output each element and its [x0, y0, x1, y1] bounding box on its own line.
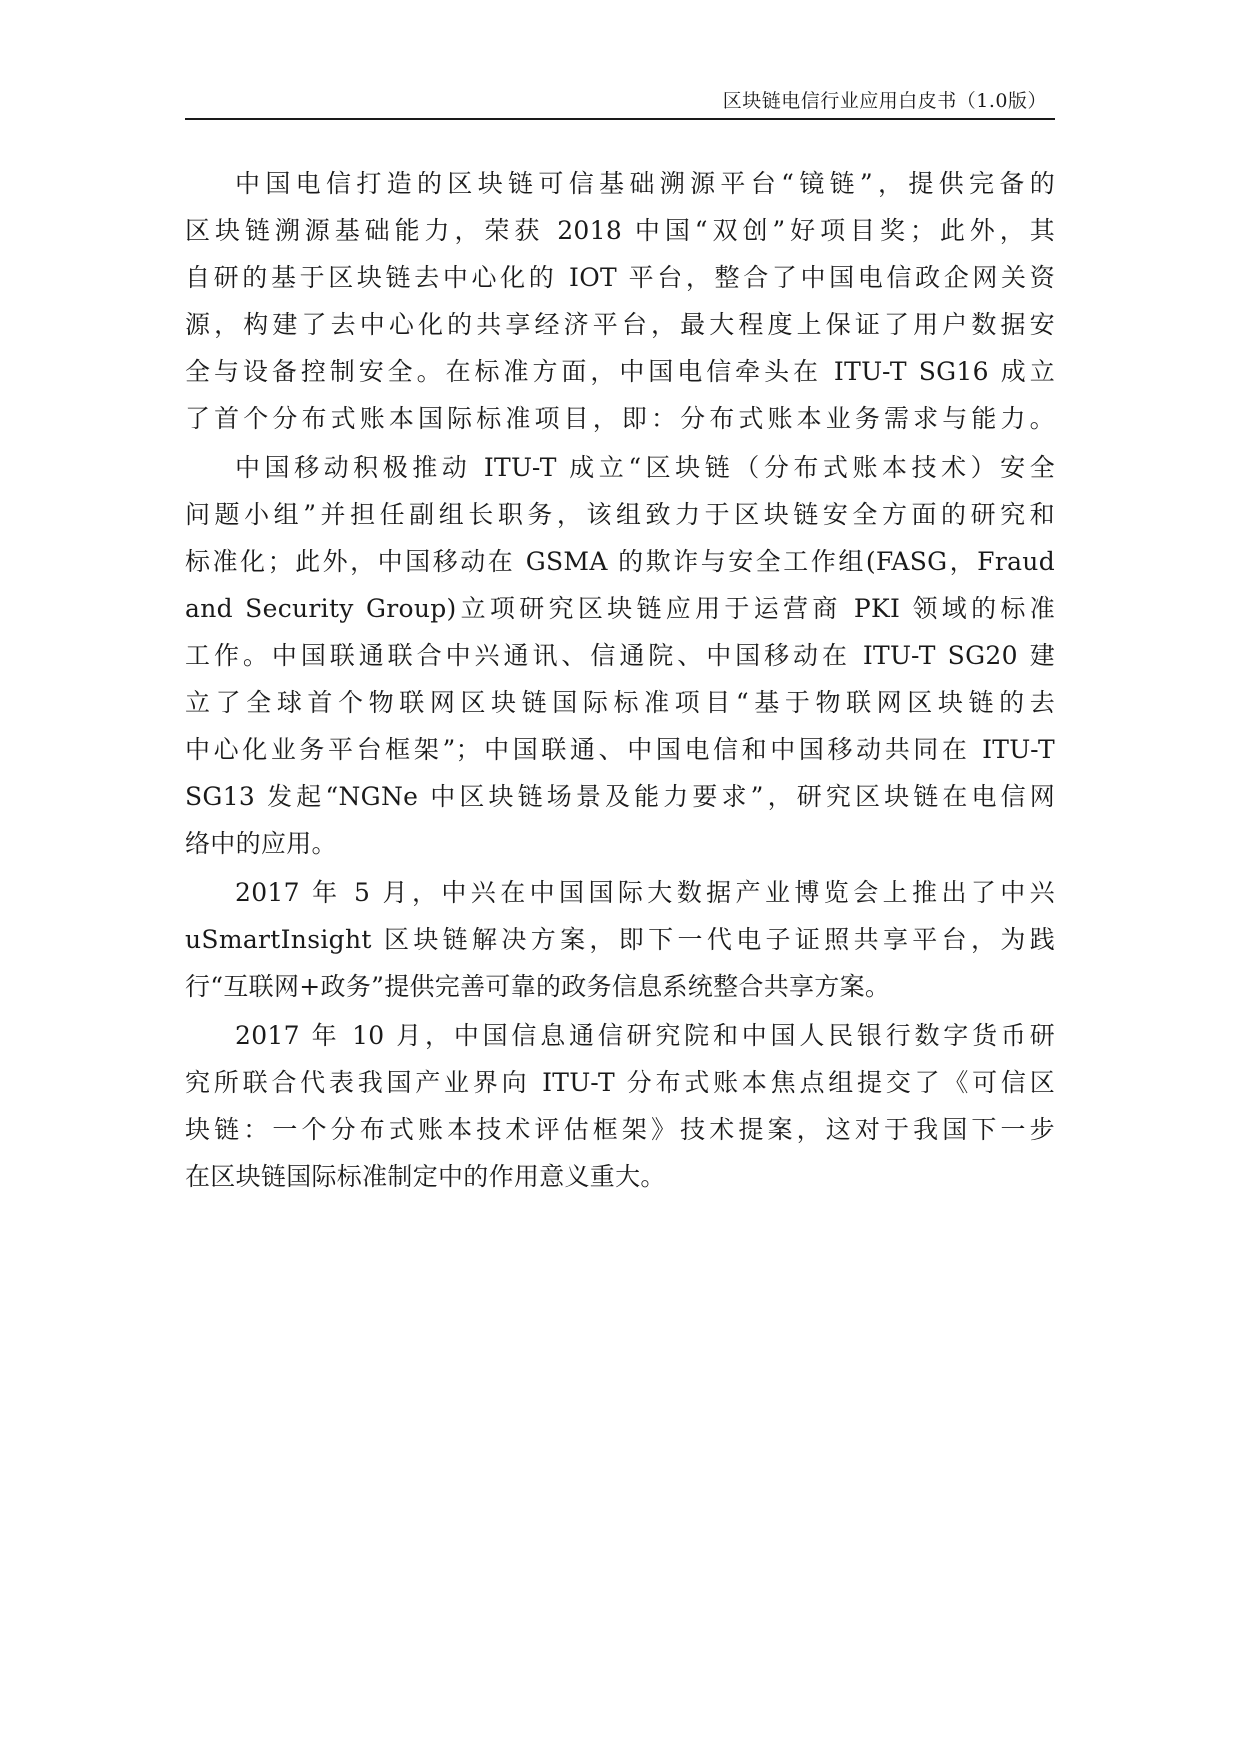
text-line: uSmartInsight 区块链解决方案，即下一代电子证照共享平台，为践 — [185, 916, 1055, 963]
text-line: 在区块链国际标准制定中的作用意义重大。 — [185, 1153, 1055, 1200]
text-line: 络中的应用。 — [185, 820, 1055, 867]
document-title: 区块链电信行业应用白皮书（1.0版） — [723, 86, 1047, 113]
paragraph-zte: 2017 年 5 月，中兴在中国国际大数据产业博览会上推出了中兴 uSmartI… — [185, 869, 1055, 1010]
paragraph-caict: 2017 年 10 月，中国信息通信研究院和中国人民银行数字货币研 究所联合代表… — [185, 1012, 1055, 1200]
text-line: 中心化业务平台框架”；中国联通、中国电信和中国移动共同在 ITU-T — [185, 726, 1055, 773]
paragraph-china-telecom: 中国电信打造的区块链可信基础溯源平台“镜链”，提供完备的 区块链溯源基础能力，荣… — [185, 160, 1055, 442]
paragraph-china-mobile: 中国移动积极推动 ITU-T 成立“区块链（分布式账本技术）安全 问题小组”并担… — [185, 444, 1055, 867]
text-line: 中国电信打造的区块链可信基础溯源平台“镜链”，提供完备的 — [185, 160, 1055, 207]
text-line: and Security Group)立项研究区块链应用于运营商 PKI 领域的… — [185, 585, 1055, 632]
text-line: 自研的基于区块链去中心化的 IOT 平台，整合了中国电信政企网关资 — [185, 254, 1055, 301]
text-line: 立了全球首个物联网区块链国际标准项目“基于物联网区块链的去 — [185, 679, 1055, 726]
text-line: 2017 年 10 月，中国信息通信研究院和中国人民银行数字货币研 — [185, 1012, 1055, 1059]
text-line: 全与设备控制安全。在标准方面，中国电信牵头在 ITU-T SG16 成立 — [185, 348, 1055, 395]
text-line: 中国移动积极推动 ITU-T 成立“区块链（分布式账本技术）安全 — [185, 444, 1055, 491]
text-line: 工作。中国联通联合中兴通讯、信通院、中国移动在 ITU-T SG20 建 — [185, 632, 1055, 679]
text-line: 2017 年 5 月，中兴在中国国际大数据产业博览会上推出了中兴 — [185, 869, 1055, 916]
page-header: 区块链电信行业应用白皮书（1.0版） — [185, 84, 1055, 120]
document-body: 中国电信打造的区块链可信基础溯源平台“镜链”，提供完备的 区块链溯源基础能力，荣… — [185, 160, 1055, 1200]
text-line: 问题小组”并担任副组长职务，该组致力于区块链安全方面的研究和 — [185, 491, 1055, 538]
text-line: 了首个分布式账本国际标准项目，即：分布式账本业务需求与能力。 — [185, 395, 1055, 442]
text-line: 标准化；此外，中国移动在 GSMA 的欺诈与安全工作组(FASG，Fraud — [185, 538, 1055, 585]
text-line: 块链：一个分布式账本技术评估框架》技术提案，这对于我国下一步 — [185, 1106, 1055, 1153]
text-line: 行“互联网+政务”提供完善可靠的政务信息系统整合共享方案。 — [185, 963, 1055, 1010]
text-line: SG13 发起“NGNe 中区块链场景及能力要求”，研究区块链在电信网 — [185, 773, 1055, 820]
text-line: 源，构建了去中心化的共享经济平台，最大程度上保证了用户数据安 — [185, 301, 1055, 348]
text-line: 区块链溯源基础能力，荣获 2018 中国“双创”好项目奖；此外，其 — [185, 207, 1055, 254]
text-line: 究所联合代表我国产业界向 ITU-T 分布式账本焦点组提交了《可信区 — [185, 1059, 1055, 1106]
